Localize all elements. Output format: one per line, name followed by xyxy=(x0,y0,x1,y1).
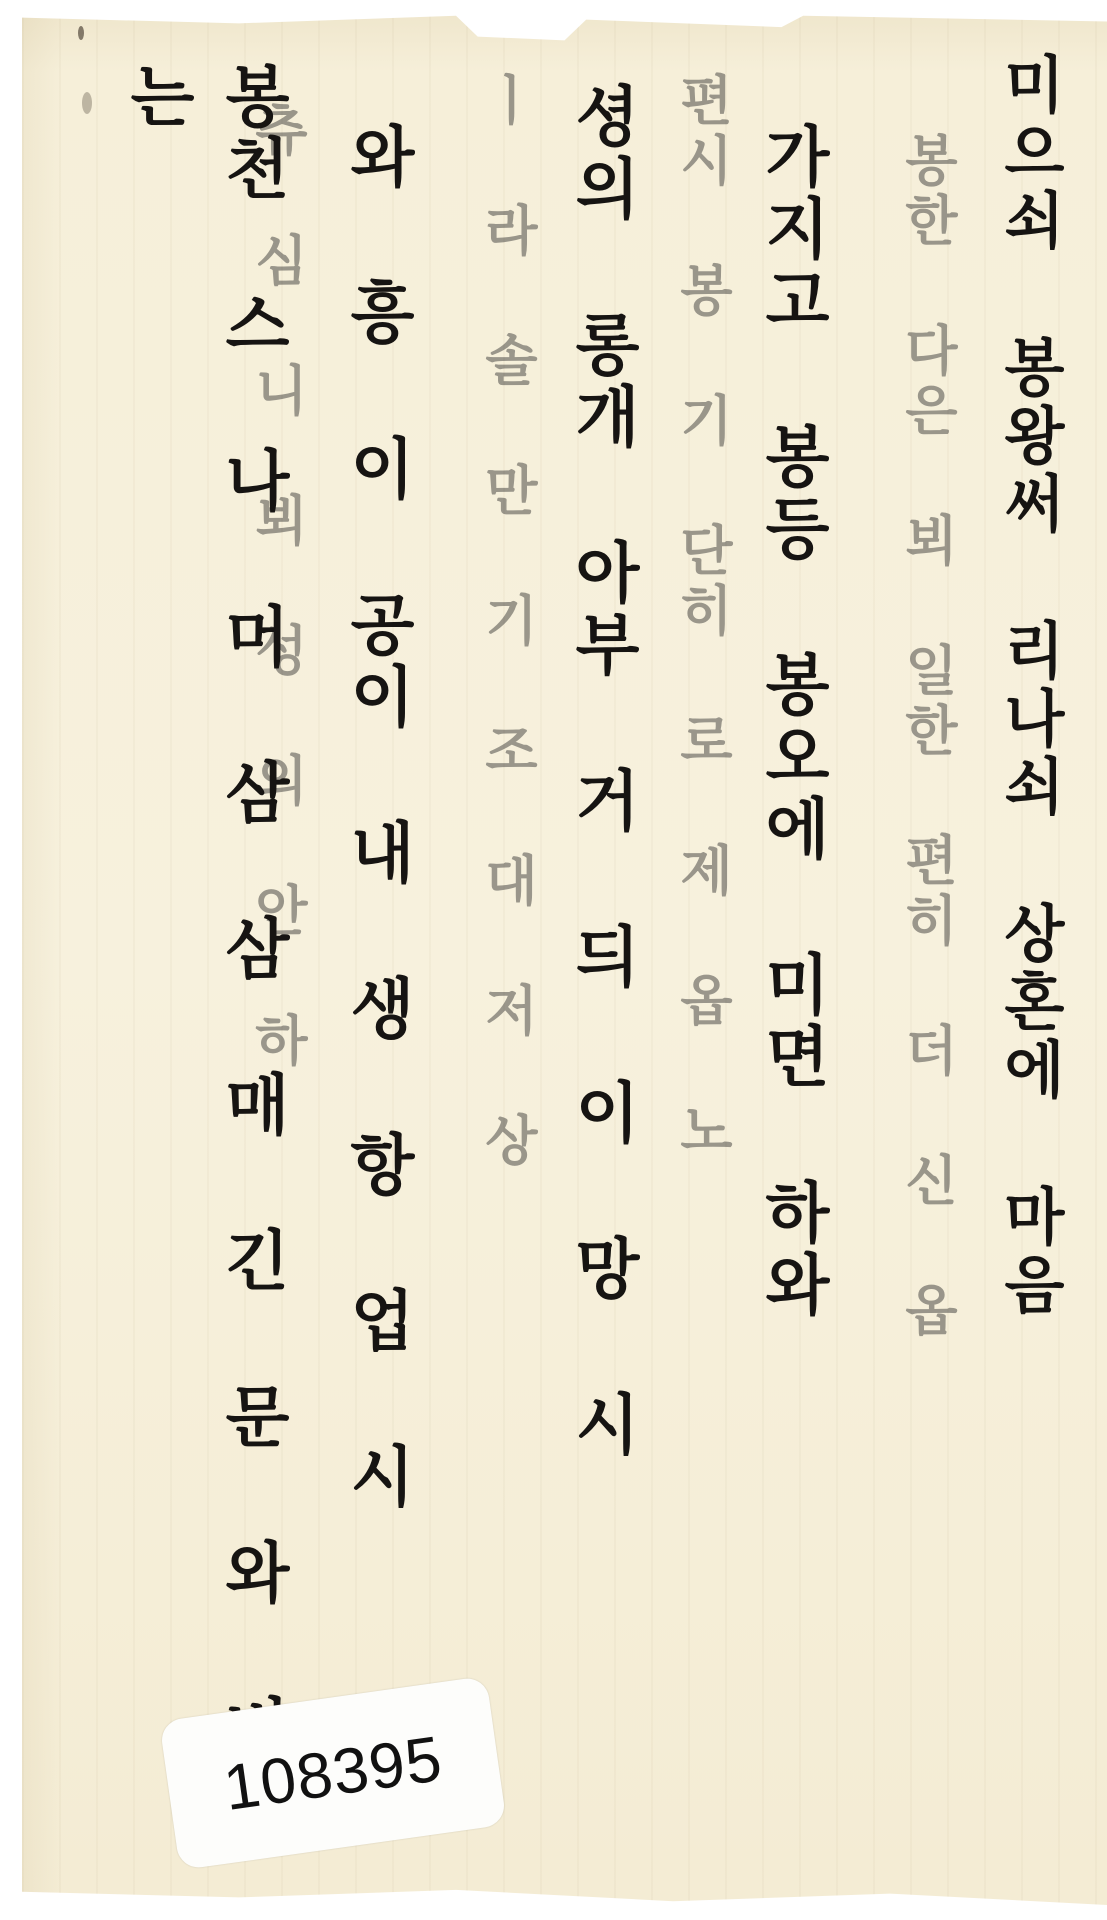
text-column-3: 가지고 봉등 봉오에 미면 하와 xyxy=(745,122,840,1322)
text-column-5: 셩의 롱개 아부 거 듸 이 망 시 xyxy=(555,82,650,1462)
text-column-1: 미으쇠 봉왕써 리나쇠 상혼에 마음 xyxy=(985,52,1074,1320)
text-column-6: ㅣ 라 솔 만 기 조 대 저 상 xyxy=(470,72,547,1172)
text-column-9: 봉천 스 나 머 삼 삼 매 긴 문 와 버 는 xyxy=(110,62,300,1905)
catalog-number: 108395 xyxy=(219,1721,447,1825)
ink-spot xyxy=(82,92,92,114)
text-column-2: 봉한 다은 뵈 일한 편히 더 신 옵 xyxy=(890,132,967,1342)
text-column-4: 편시 봉 기 단히 로 제 옵 노 xyxy=(665,72,742,1162)
document-paper: 미으쇠 봉왕써 리나쇠 상혼에 마음 봉한 다은 뵈 일한 편히 더 신 옵 가… xyxy=(22,12,1107,1905)
text-column-7: 와 흥 이 공이 내 생 항 업 시 xyxy=(330,122,425,1514)
ink-spot xyxy=(78,26,84,40)
